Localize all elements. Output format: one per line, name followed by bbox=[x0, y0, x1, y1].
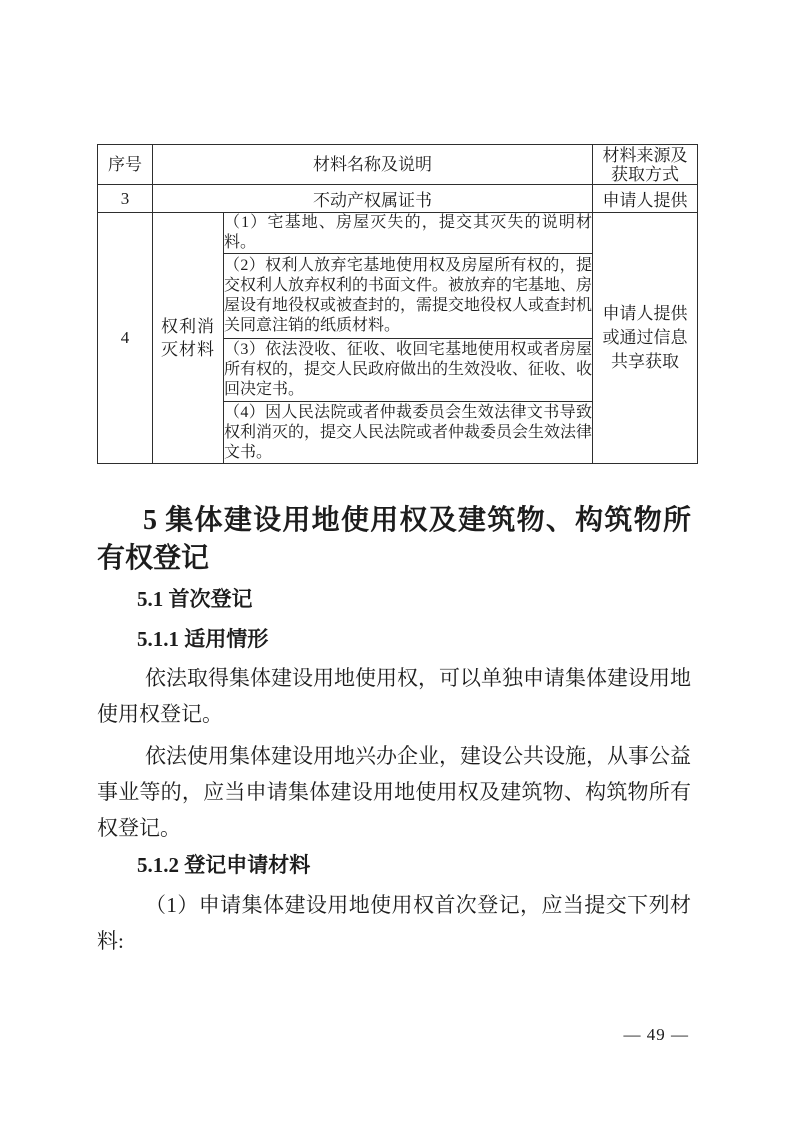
row3-no: 3 bbox=[98, 185, 153, 213]
paragraph-2-line-2: 事业等的，应当申请集体建设用地使用权及建筑物、构筑物所有 bbox=[97, 774, 691, 810]
paragraph-2-line-1: 依法使用集体建设用地兴办企业，建设公共设施，从事公益 bbox=[97, 738, 691, 774]
row4-no: 4 bbox=[98, 213, 153, 464]
table-row-4-item-1: 4 权利消 灭材料 （1）宅基地、房屋灭失的，提交其灭失的说明材料。 申请人提供… bbox=[98, 213, 698, 254]
paragraph-3-line-1: （1）申请集体建设用地使用权首次登记，应当提交下列材 bbox=[97, 887, 691, 923]
row4-item-3: （3）依法没收、征收、收回宅基地使用权或者房屋所有权的，提交人民政府做出的生效没… bbox=[224, 339, 593, 402]
chapter-heading-line-1: 5 集体建设用地使用权及建筑物、构筑物所 bbox=[97, 502, 691, 540]
row4-item-2: （2）权利人放弃宅基地使用权及房屋所有权的，提交权利人放弃权利的书面文件。被放弃… bbox=[224, 254, 593, 339]
table-header-row: 序号 材料名称及说明 材料来源及 获取方式 bbox=[98, 145, 698, 185]
document-body: 5 集体建设用地使用权及建筑物、构筑物所 有权登记 5.1 首次登记 5.1.1… bbox=[97, 502, 691, 959]
paragraph-1-line-1: 依法取得集体建设用地使用权，可以单独申请集体建设用地 bbox=[97, 660, 691, 696]
header-cell-source: 材料来源及 获取方式 bbox=[593, 145, 698, 185]
paragraph-2-line-3: 权登记。 bbox=[97, 810, 691, 846]
row3-name: 不动产权属证书 bbox=[153, 185, 593, 213]
header-cell-no: 序号 bbox=[98, 145, 153, 185]
section-5-1-2-heading: 5.1.2 登记申请材料 bbox=[97, 851, 691, 879]
materials-table: 序号 材料名称及说明 材料来源及 获取方式 3 不动产权属证书 申请人提供 4 … bbox=[97, 144, 698, 464]
row4-category: 权利消 灭材料 bbox=[153, 213, 224, 464]
document-page: 序号 材料名称及说明 材料来源及 获取方式 3 不动产权属证书 申请人提供 4 … bbox=[0, 0, 793, 1122]
paragraph-3: （1）申请集体建设用地使用权首次登记，应当提交下列材 料: bbox=[97, 887, 691, 959]
header-cell-name: 材料名称及说明 bbox=[153, 145, 593, 185]
chapter-heading-line-2: 有权登记 bbox=[97, 540, 691, 578]
paragraph-1: 依法取得集体建设用地使用权，可以单独申请集体建设用地 使用权登记。 bbox=[97, 660, 691, 732]
paragraph-1-line-2: 使用权登记。 bbox=[97, 696, 691, 732]
paragraph-2: 依法使用集体建设用地兴办企业，建设公共设施，从事公益 事业等的，应当申请集体建设… bbox=[97, 738, 691, 846]
paragraph-3-line-2: 料: bbox=[97, 923, 691, 959]
table-row-3: 3 不动产权属证书 申请人提供 bbox=[98, 185, 698, 213]
row3-source: 申请人提供 bbox=[593, 185, 698, 213]
section-5-1-heading: 5.1 首次登记 bbox=[97, 585, 691, 613]
row4-source: 申请人提供 或通过信息 共享获取 bbox=[593, 213, 698, 464]
section-5-1-1-heading: 5.1.1 适用情形 bbox=[97, 625, 691, 653]
row4-item-4: （4）因人民法院或者仲裁委员会生效法律文书导致权利消灭的，提交人民法院或者仲裁委… bbox=[224, 402, 593, 464]
chapter-heading: 5 集体建设用地使用权及建筑物、构筑物所 有权登记 bbox=[97, 502, 691, 578]
row4-item-1: （1）宅基地、房屋灭失的，提交其灭失的说明材料。 bbox=[224, 213, 593, 254]
page-number: — 49 — bbox=[624, 1026, 690, 1044]
